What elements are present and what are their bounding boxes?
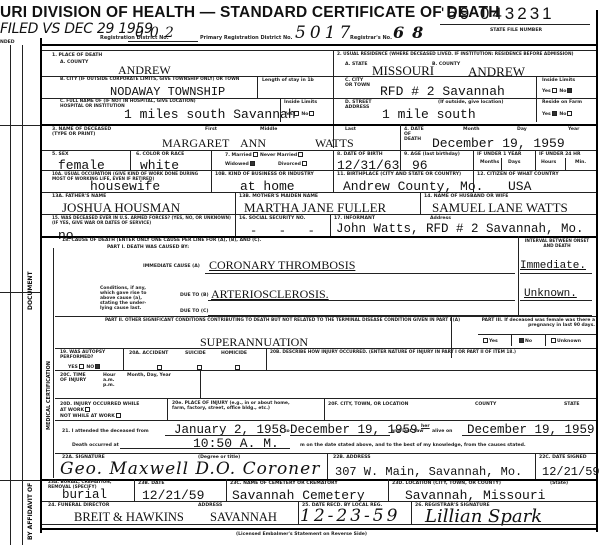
checkbox[interactable] <box>294 111 299 116</box>
residence-inside-limits-options: Yes No <box>542 88 573 94</box>
side-label-affidavit: BY AFFIDAVIT OF <box>27 460 34 540</box>
margin-tick <box>0 480 40 481</box>
divider <box>330 214 331 236</box>
rule <box>55 370 596 371</box>
informant-address-label: Address <box>430 216 451 221</box>
deceased-last-name: WATTS <box>315 137 354 149</box>
divider <box>565 158 566 170</box>
homicide-checkbox-wrap <box>234 359 241 377</box>
inside-limits-label: Inside Limits <box>284 100 317 105</box>
rule <box>42 524 596 525</box>
first-label: First <box>205 127 217 132</box>
form-right-border <box>596 10 598 532</box>
registration-district-no: 002 <box>135 25 180 41</box>
cemetery-label: 23c. NAME OF CEMETERY OR CREMATORY <box>230 481 338 486</box>
margin-rule <box>10 45 11 545</box>
usual-residence-label: 2. USUAL RESIDENCE (Where deceased lived… <box>337 53 574 58</box>
date-of-death-label: 4. DATE OF DEATH <box>404 127 426 142</box>
burial-date-label: 23b. DATE <box>138 481 165 486</box>
autopsy-label: 19. WAS AUTOPSY PERFORMED? <box>60 351 125 361</box>
date-signed-value: 12/21/59 <box>542 466 600 478</box>
death-inside-limits-options: Yes No <box>284 111 315 117</box>
attended-label: 21. I attended the deceased from <box>62 429 149 434</box>
year-label: Year <box>568 127 579 132</box>
part1-label: PART I. DEATH WAS CAUSED BY: <box>107 245 189 250</box>
due-to-b-value: ARTERIOSCLEROSIS. <box>211 288 329 300</box>
father-label: 13a. FATHER'S NAME <box>52 194 106 199</box>
divider <box>266 348 267 370</box>
street-value: 1 mile south <box>382 108 476 121</box>
immediate-cause-value: CORONARY THROMBOSIS <box>209 259 355 271</box>
deceased-first-name: MARGARET <box>162 137 229 149</box>
divider <box>535 150 536 170</box>
rule <box>42 192 596 193</box>
divider <box>473 150 474 170</box>
sex-label: 5. SEX <box>52 152 69 157</box>
divider <box>211 170 212 192</box>
checkbox-checked[interactable] <box>552 111 557 116</box>
divider <box>545 334 546 346</box>
birthplace-label: 11. BIRTHPLACE (City and state or countr… <box>337 172 461 177</box>
last-label: Last <box>345 127 356 132</box>
divider <box>226 479 227 501</box>
under-24hr-label: IF UNDER 24 HR <box>539 152 580 157</box>
margin-tick <box>0 125 40 126</box>
residence-state-label: a. STATE <box>345 62 368 67</box>
checkbox[interactable] <box>116 413 121 418</box>
informant-label: 17. INFORMANT <box>334 216 375 221</box>
underline <box>205 273 515 274</box>
divider <box>167 398 168 420</box>
underline <box>520 273 592 274</box>
ended-label: NDED <box>0 40 15 45</box>
divider <box>473 170 474 192</box>
accident-label: 20a. ACCIDENT <box>129 351 168 356</box>
residence-city-label: c. CITY OR TOWN <box>345 78 370 88</box>
underline <box>165 448 290 449</box>
burial-location-label: 23d. LOCATION (City, town, or county) <box>392 481 501 486</box>
state-file-number: '59 043231 <box>441 4 555 24</box>
injury-state-label: STATE <box>564 402 580 407</box>
divider <box>501 158 502 170</box>
part2-value: SUPERANNUATION <box>200 336 308 348</box>
registrars-no-label: Registrar's No. <box>350 36 392 42</box>
divider <box>518 236 519 316</box>
conditions-note: Conditions, if any, which gave rise to a… <box>100 287 158 312</box>
informant-value: John Watts, RFD # 2 Savannah, Mo. <box>336 223 584 236</box>
checkbox[interactable] <box>85 407 90 412</box>
describe-injury-label: 20b. DESCRIBE HOW INJURY OCCURRED. (Ente… <box>270 351 516 356</box>
checkbox-checked[interactable] <box>250 161 255 166</box>
place-of-injury-label: 20e. PLACE OF INJURY (e.g., in or about … <box>172 402 302 412</box>
pregnancy-unknown: Unknown <box>550 338 581 344</box>
form-left-border <box>40 38 42 533</box>
primary-district-no: 5017 <box>295 23 354 43</box>
business-label: 10b. KIND OF BUSINESS OR INDUSTRY <box>215 172 314 177</box>
checkbox[interactable] <box>483 338 488 343</box>
county-label: a. COUNTY <box>60 60 88 65</box>
registrars-no: 68 <box>393 23 431 42</box>
divider <box>511 334 512 346</box>
city-label: b. CITY (if outside corporate limits, gi… <box>60 78 239 83</box>
form-bottom-border <box>40 528 598 530</box>
divider <box>420 192 421 214</box>
funeral-address-label: ADDRESS <box>198 503 222 508</box>
divider <box>134 479 135 501</box>
hour-label: Hour a.m. p.m. <box>103 373 117 388</box>
checkbox[interactable] <box>253 152 258 157</box>
last-saw-label: and last saw <box>391 429 424 434</box>
rule <box>478 334 596 335</box>
day-label: Day <box>517 127 527 132</box>
checkbox[interactable] <box>309 111 314 116</box>
father-value: JOSHUA HOUSMAN <box>62 201 180 214</box>
suicide-label: SUICIDE <box>185 351 206 356</box>
divider <box>333 150 334 170</box>
married-option: 7. Married <box>225 152 259 158</box>
divider <box>235 192 236 214</box>
citizen-label: 12. CITIZEN OF WHAT COUNTRY <box>477 172 559 177</box>
divider <box>235 214 236 236</box>
underline <box>120 448 165 449</box>
date-signed-label: 22c. DATE SIGNED <box>539 455 587 460</box>
homicide-label: HOMICIDE <box>221 351 247 356</box>
underline <box>520 300 592 301</box>
divider <box>333 170 334 192</box>
reside-on-farm-label: Reside on Farm <box>542 100 582 105</box>
checkbox[interactable] <box>567 111 572 116</box>
hours-label: Hours <box>541 160 556 165</box>
due-to-b-interval: Unknown. <box>524 289 577 300</box>
divider <box>280 98 281 122</box>
underline <box>128 41 198 42</box>
funeral-director-label: 24. FUNERAL DIRECTOR <box>48 503 109 508</box>
injury-city-label: 20f. CITY, TOWN, OR LOCATION <box>328 402 409 407</box>
filed-stamp: FILED VS DEC 29 1959 <box>0 22 153 36</box>
residence-city-value: RFD # 2 Savannah <box>380 85 505 98</box>
cause-of-death-label: 18. CAUSE OF DEATH (Enter only one cause… <box>62 239 261 244</box>
at-work-label: 20d. INJURY OCCURRED WHILE AT WORKNOT WH… <box>60 402 145 419</box>
signature-address-label: 22b. ADDRESS <box>333 455 371 460</box>
mdy-label: Month, Day, Year <box>127 373 171 378</box>
pronoun-value: her <box>421 424 430 429</box>
signature-address-value: 307 W. Main, Savannah, Mo. <box>335 466 522 478</box>
interval-label: INTERVAL BETWEEN ONSET AND DEATH <box>521 239 593 248</box>
immediate-interval-value: Immediate. <box>520 261 586 272</box>
divider <box>535 453 536 479</box>
checkbox[interactable] <box>552 88 557 93</box>
date-recd-value: 12-23-59 <box>300 506 400 526</box>
divider <box>327 453 328 479</box>
to-label: , to <box>281 429 290 434</box>
length-of-stay-label: Length of stay in 1b <box>262 78 314 83</box>
margin-tick <box>0 292 40 293</box>
funeral-address-value: SAVANNAH <box>210 511 277 524</box>
rule <box>55 453 596 454</box>
primary-district-label: Primary Registration District No. <box>200 36 293 42</box>
armed-forces-label: 15. WAS DECEASED EVER IN U.S. ARMED FORC… <box>52 216 237 225</box>
part2-label: PART II. OTHER SIGNIFICANT CONDITIONS CO… <box>105 319 460 324</box>
physician-signature: Geo. Maxwell D.O. Coroner <box>60 459 320 479</box>
medical-section-rule <box>53 248 54 478</box>
divider <box>400 150 401 170</box>
min-label: Min. <box>575 160 586 165</box>
divider <box>211 150 212 170</box>
burial-type-value: burial <box>62 489 107 502</box>
underline <box>440 24 590 25</box>
alive-on-label: alive on <box>432 429 452 434</box>
divider <box>411 501 412 525</box>
divider <box>400 124 401 150</box>
part3-label: PART III. If deceased was female was the… <box>455 319 595 329</box>
injury-county-label: COUNTY <box>475 402 496 407</box>
month-label: Month <box>463 127 479 132</box>
date-of-death-value: December 19, 1959 <box>432 137 565 150</box>
divider <box>324 398 325 420</box>
checkbox[interactable] <box>551 338 556 343</box>
death-city-value: NODAWAY TOWNSHIP <box>110 86 225 98</box>
deceased-name-label: 3. NAME OF DECEASED (Type or print) <box>52 127 112 137</box>
residence-inside-limits-label: Inside Limits <box>542 78 575 83</box>
page-title: URI DIVISION OF HEALTH — STANDARD CERTIF… <box>0 4 500 22</box>
dob-label: 8. DATE OF BIRTH <box>337 152 383 157</box>
underline <box>208 300 515 301</box>
spouse-value: SAMUEL LANE WATTS <box>432 201 568 214</box>
state-file-number-label: STATE FILE NUMBER <box>490 28 542 33</box>
reside-on-farm-options: Yes No <box>542 111 573 117</box>
age-label: 9. AGE (last birthday) <box>404 152 460 157</box>
footer-note: (Licensed Embalmer's Statement on Revers… <box>236 532 367 537</box>
divider <box>130 150 131 170</box>
checkbox[interactable] <box>298 152 303 157</box>
funeral-director-value: BREIT & HAWKINS <box>74 511 184 524</box>
burial-state-label: (State) <box>550 481 568 486</box>
spouse-label: 14. NAME OF HUSBAND OR WIFE <box>424 194 508 199</box>
divorced-option: Divorced <box>278 161 308 167</box>
side-label-medical-certification: MEDICAL CERTIFICATION <box>46 310 52 430</box>
death-county-value: ANDREW <box>118 64 171 76</box>
divider <box>257 76 258 98</box>
never-married-option: Never Married <box>260 152 304 158</box>
months-label: Months <box>480 160 499 165</box>
header-rule <box>42 44 596 46</box>
rule <box>42 124 596 126</box>
side-label-document: DOCUMENT <box>27 230 34 310</box>
divider <box>200 370 201 398</box>
immediate-cause-label: IMMEDIATE CAUSE (a) <box>143 264 200 269</box>
divider <box>123 348 124 370</box>
margin-rule <box>22 45 23 545</box>
pregnancy-no: No <box>518 338 532 344</box>
hospital-value: 1 miles south Savannah <box>124 108 296 121</box>
place-of-death-label: 1. PLACE OF DEATH <box>52 53 102 58</box>
underline <box>290 435 390 436</box>
deceased-middle-name: ANN <box>240 137 266 149</box>
due-to-c-label: DUE TO (c) <box>180 309 209 314</box>
ssn-label: 16. SOCIAL SECURITY NO. <box>239 216 305 221</box>
rule <box>55 420 596 421</box>
race-label: 6. COLOR OR RACE <box>136 152 184 157</box>
street-label: d. STREET ADDRESS <box>345 100 375 110</box>
checkbox-checked[interactable] <box>519 338 524 343</box>
due-to-b-label: DUE TO (b) <box>180 293 209 298</box>
under-1yr-label: IF UNDER 1 YEAR <box>477 152 521 157</box>
mother-value: MARTHA JANE FULLER <box>244 201 386 214</box>
underline <box>462 435 590 436</box>
checkbox-checked[interactable] <box>95 364 100 369</box>
checkbox[interactable] <box>302 161 307 166</box>
checkbox-checked[interactable] <box>567 88 572 93</box>
death-occurred-label: Death occurred at <box>72 443 119 448</box>
residence-county-label: b. COUNTY <box>432 62 460 67</box>
middle-label: Middle <box>260 127 277 132</box>
pregnancy-yes: Yes <box>482 338 498 344</box>
time-of-injury-label: 20c. TIME OF INJURY <box>60 373 90 383</box>
mother-label: 13b. MOTHER'S MAIDEN NAME <box>239 194 318 199</box>
street-note: (If outside, give location) <box>438 100 504 105</box>
death-occurred-note: m on the date stated above, and to the b… <box>300 443 526 448</box>
widowed-option: Widowed <box>225 161 256 167</box>
days-label: Days <box>508 160 521 165</box>
checkbox[interactable] <box>79 364 84 369</box>
divider <box>388 479 389 501</box>
rule <box>55 398 596 399</box>
